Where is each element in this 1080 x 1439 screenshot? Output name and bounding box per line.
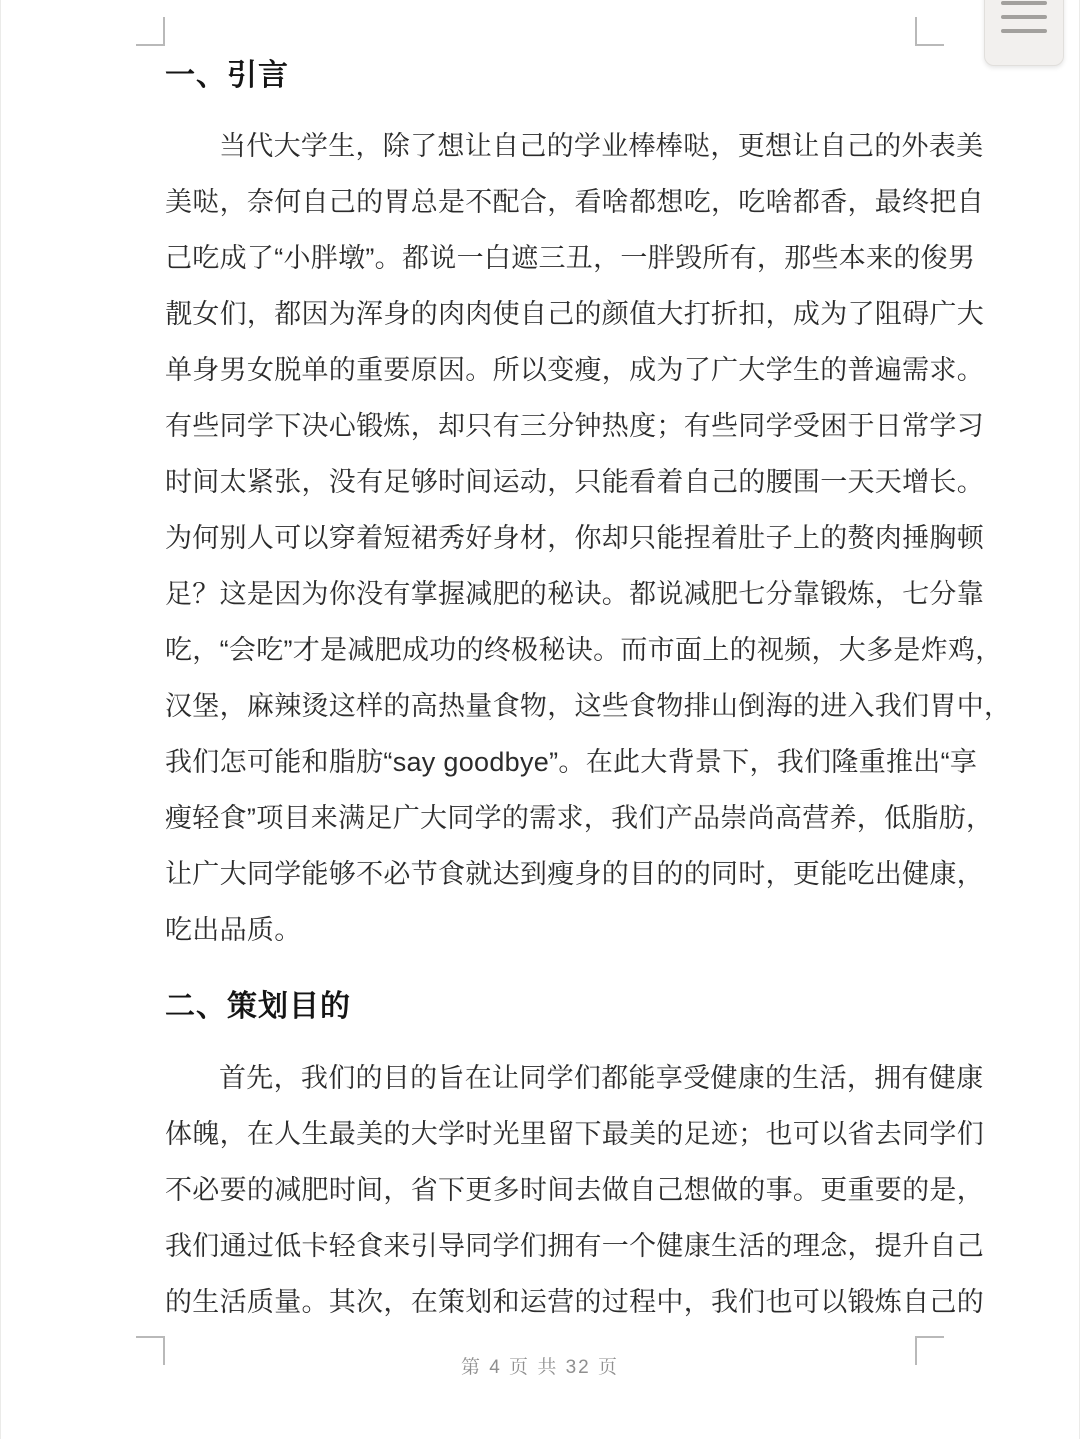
body-text-line: 我们通过低卡轻食来引导同学们拥有一个健康生活的理念，提升自己 xyxy=(165,1218,931,1274)
body-text-line: 不必要的减肥时间，省下更多时间去做自己想做的事。更重要的是， xyxy=(165,1162,931,1218)
body-text-line: 让广大同学能够不必节食就达到瘦身的目的的同时，更能吃出健康， xyxy=(165,846,931,902)
hamburger-bar xyxy=(1001,15,1047,19)
body-text-line: 瘦轻食”项目来满足广大同学的需求，我们产品崇尚高营养，低脂肪， xyxy=(165,790,931,846)
document-page: 一、引言 当代大学生，除了想让自己的学业棒棒哒，更想让自己的外表美 美哒，奈何自… xyxy=(0,0,1080,1439)
body-text-line: 靓女们，都因为浑身的肉肉使自己的颜值大打折扣，成为了阻碍广大 xyxy=(165,286,931,342)
body-text-line: 的生活质量。其次，在策划和运营的过程中，我们也可以锻炼自己的 xyxy=(165,1274,931,1330)
section-heading-introduction: 一、引言 xyxy=(165,54,289,98)
body-text-line: 当代大学生，除了想让自己的学业棒棒哒，更想让自己的外表美 xyxy=(165,118,931,174)
section-heading-planning-purpose: 二、策划目的 xyxy=(165,985,351,1029)
scroll-handle[interactable] xyxy=(984,0,1064,66)
body-text-line: 己吃成了“小胖墩”。都说一白遮三丑，一胖毁所有，那些本来的俊男 xyxy=(165,230,931,286)
body-text-line: 有些同学下决心锻炼，却只有三分钟热度；有些同学受困于日常学习 xyxy=(165,398,931,454)
body-text-line: 时间太紧张，没有足够时间运动，只能看着自己的腰围一天天增长。 xyxy=(165,454,931,510)
body-text-line: 吃出品质。 xyxy=(165,902,931,958)
body-text-line: 足？这是因为你没有掌握减肥的秘诀。都说减肥七分靠锻炼，七分靠 xyxy=(165,566,931,622)
body-text-line: 汉堡，麻辣烫这样的高热量食物，这些食物排山倒海的进入我们胃中， xyxy=(165,678,931,734)
body-text-line: 美哒，奈何自己的胃总是不配合，看啥都想吃，吃啥都香，最终把自 xyxy=(165,174,931,230)
body-text-line: 为何别人可以穿着短裙秀好身材，你却只能捏着肚子上的赘肉捶胸顿 xyxy=(165,510,931,566)
paragraph-introduction: 当代大学生，除了想让自己的学业棒棒哒，更想让自己的外表美 美哒，奈何自己的胃总是… xyxy=(165,118,931,958)
hamburger-icon xyxy=(1001,1,1047,43)
paragraph-planning-purpose: 首先，我们的目的旨在让同学们都能享受健康的生活，拥有健康 体魄，在人生最美的大学… xyxy=(165,1050,931,1330)
crop-mark-top-right xyxy=(915,17,944,46)
hamburger-bar xyxy=(1001,1,1047,5)
body-text-line: 我们怎可能和脂肪“say goodbye”。在此大背景下，我们隆重推出“享 xyxy=(165,734,931,790)
page-number-indicator: 第 4 页 共 32 页 xyxy=(0,1352,1080,1379)
hamburger-bar xyxy=(1001,29,1047,33)
body-text-line: 单身男女脱单的重要原因。所以变瘦，成为了广大学生的普遍需求。 xyxy=(165,342,931,398)
body-text-line: 首先，我们的目的旨在让同学们都能享受健康的生活，拥有健康 xyxy=(165,1050,931,1106)
crop-mark-top-left xyxy=(136,17,165,46)
body-text-line: 吃，“会吃”才是减肥成功的终极秘诀。而市面上的视频，大多是炸鸡， xyxy=(165,622,931,678)
body-text-line: 体魄，在人生最美的大学时光里留下最美的足迹；也可以省去同学们 xyxy=(165,1106,931,1162)
